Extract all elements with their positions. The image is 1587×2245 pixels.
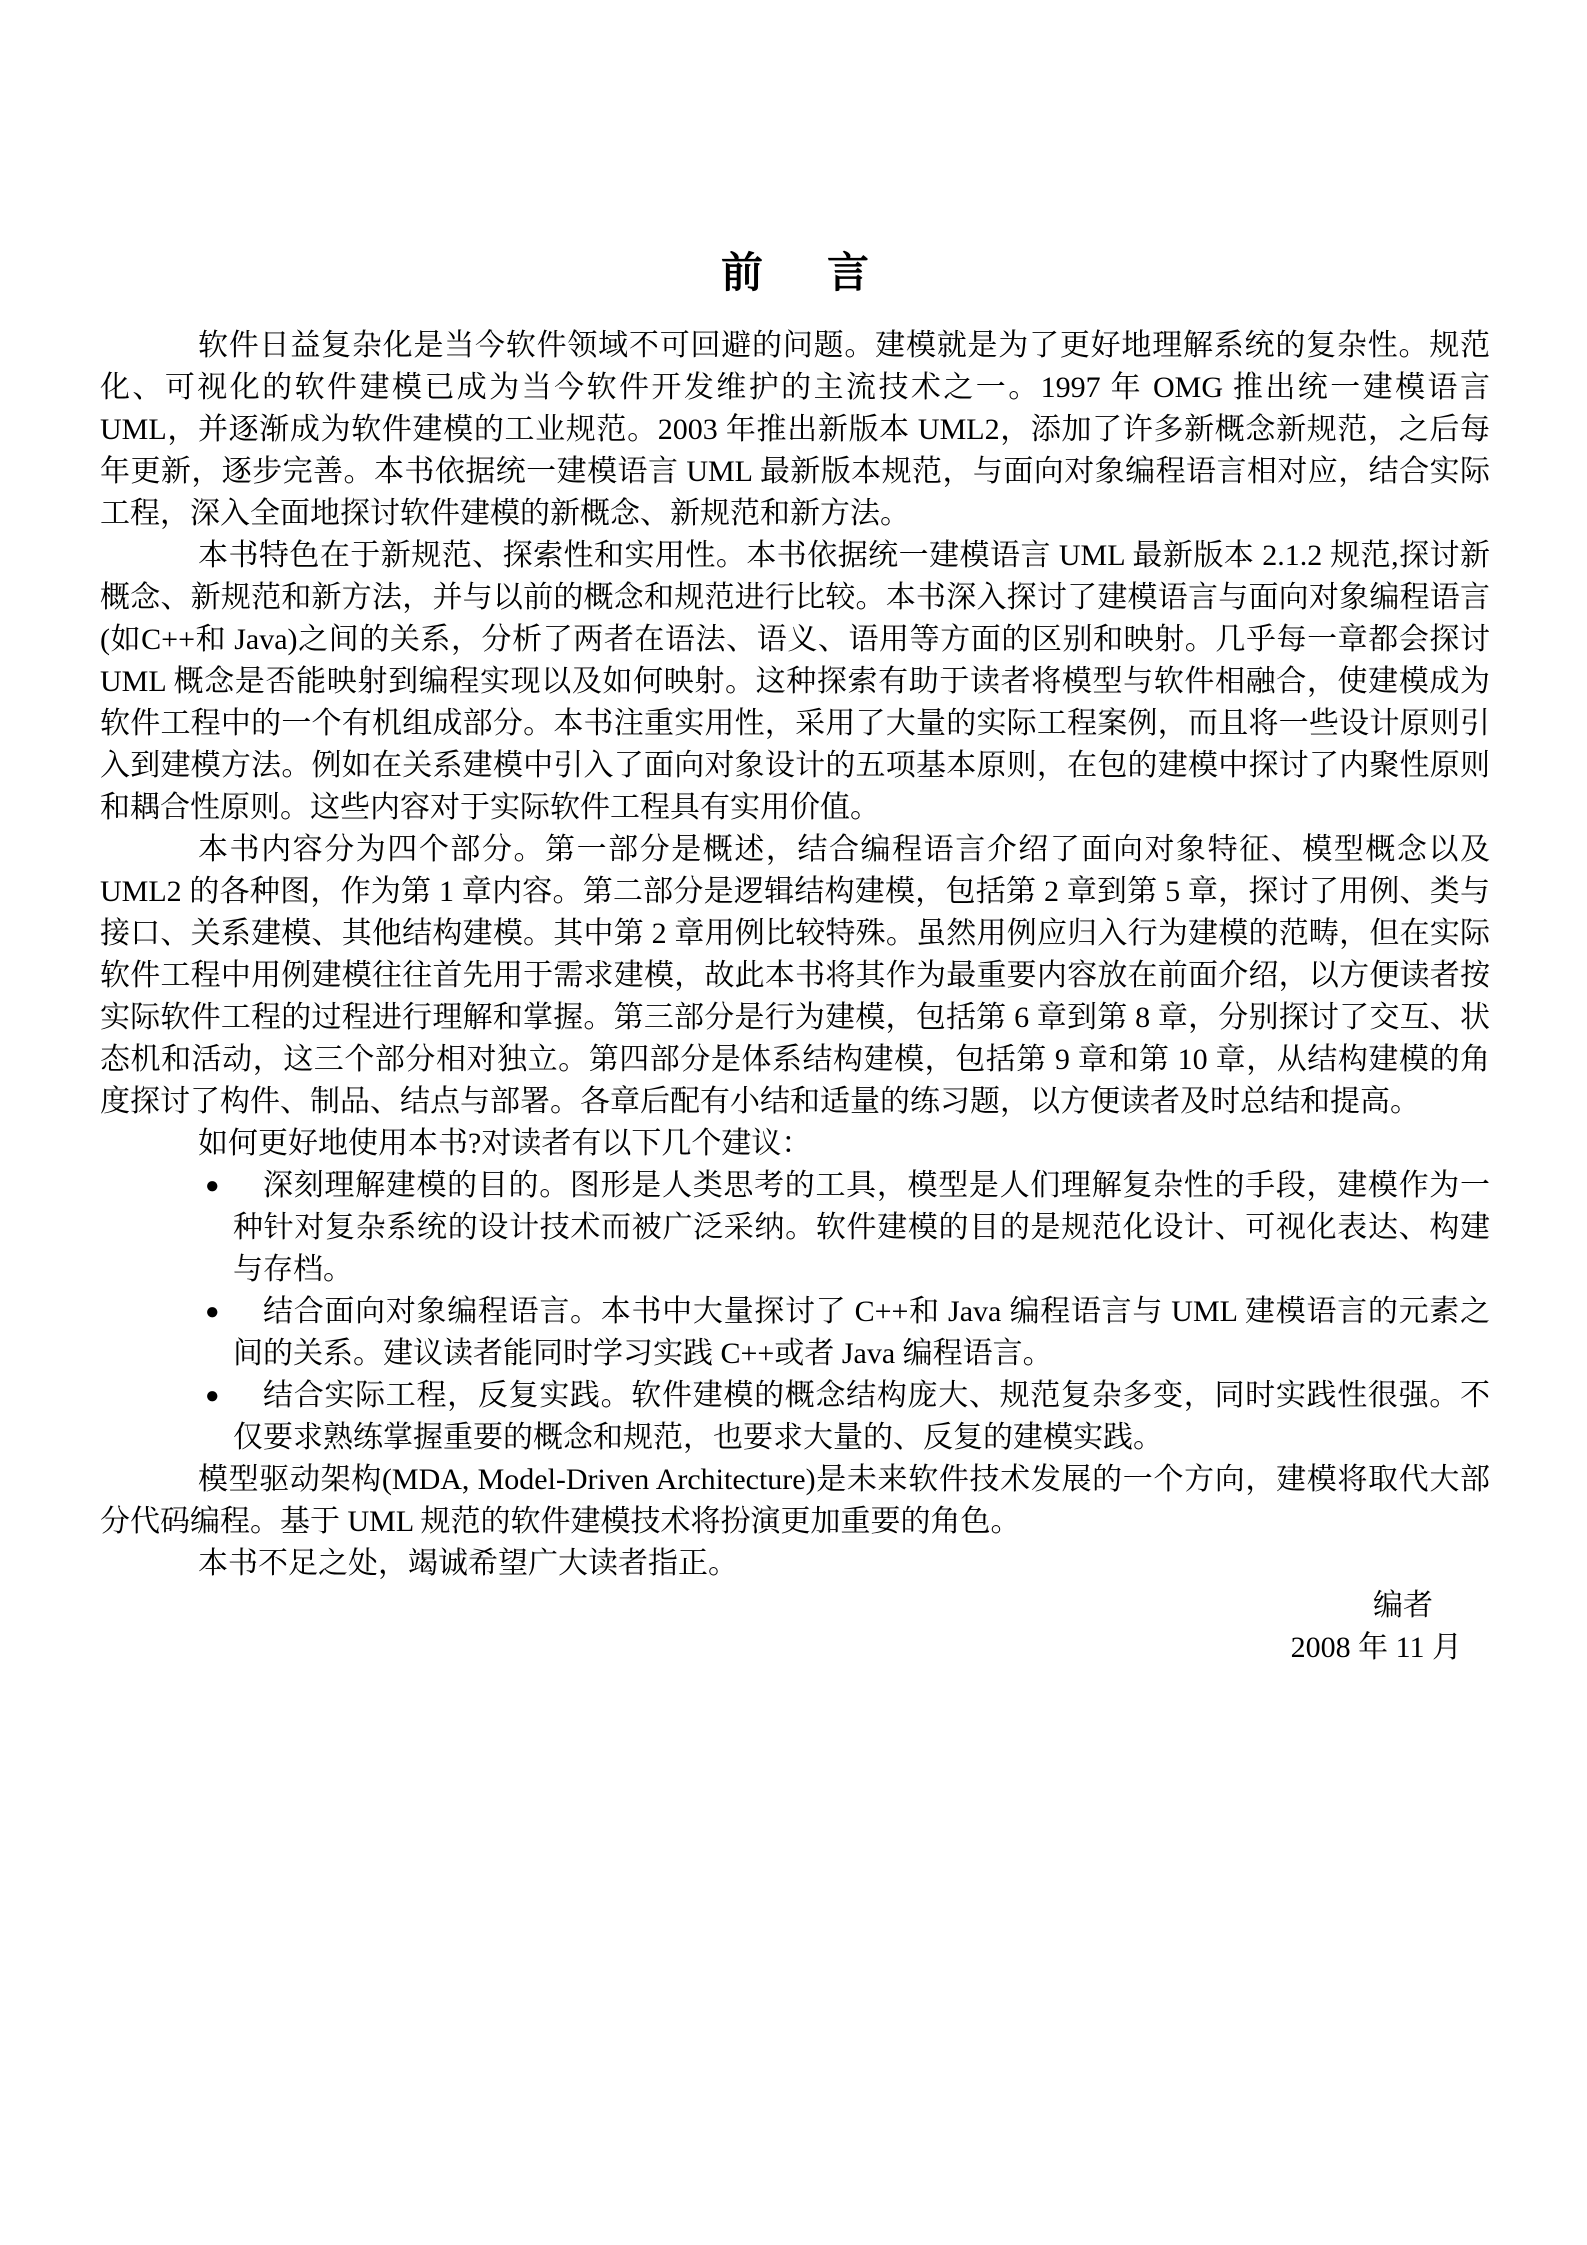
document-page: 前 言 软件日益复杂化是当今软件领域不可回避的问题。建模就是为了更好地理解系统的… [0,0,1587,2245]
signature-date: 2008 年 11 月 [100,1627,1490,1669]
bullet-text: 深刻理解建模的目的。图形是人类思考的工具，模型是人们理解复杂性的手段，建模作为一… [233,1169,1490,1286]
bullet-text: 结合面向对象编程语言。本书中大量探讨了 C++和 Java 编程语言与 UML … [233,1295,1490,1370]
bullet-icon: ● [205,1165,220,1207]
paragraph-overview: 软件日益复杂化是当今软件领域不可回避的问题。建模就是为了更好地理解系统的复杂性。… [100,325,1490,535]
bullet-text: 结合实际工程，反复实践。软件建模的概念结构庞大、规范复杂多变，同时实践性很强。不… [233,1379,1490,1454]
title-char-2: 言 [827,252,869,294]
text-block: 前 言 软件日益复杂化是当今软件领域不可回避的问题。建模就是为了更好地理解系统的… [100,252,1490,1669]
bullet-icon: ● [205,1375,220,1417]
page-title: 前 言 [100,252,1490,294]
bullet-item-understand-modeling: ●深刻理解建模的目的。图形是人类思考的工具，模型是人们理解复杂性的手段，建模作为… [100,1165,1490,1291]
paragraph-features: 本书特色在于新规范、探索性和实用性。本书依据统一建模语言 UML 最新版本 2.… [100,535,1490,829]
paragraph-closing: 本书不足之处，竭诚希望广大读者指正。 [100,1543,1490,1585]
paragraph-usage-intro: 如何更好地使用本书?对读者有以下几个建议： [100,1123,1490,1165]
title-char-1: 前 [721,252,763,294]
signature-author: 编者 [100,1585,1490,1627]
bullet-item-oop-languages: ●结合面向对象编程语言。本书中大量探讨了 C++和 Java 编程语言与 UML… [100,1291,1490,1375]
paragraph-mda: 模型驱动架构(MDA, Model-Driven Architecture)是未… [100,1459,1490,1543]
paragraph-book-structure: 本书内容分为四个部分。第一部分是概述，结合编程语言介绍了面向对象特征、模型概念以… [100,829,1490,1123]
bullet-item-practice: ●结合实际工程，反复实践。软件建模的概念结构庞大、规范复杂多变，同时实践性很强。… [100,1375,1490,1459]
bullet-icon: ● [205,1291,220,1333]
